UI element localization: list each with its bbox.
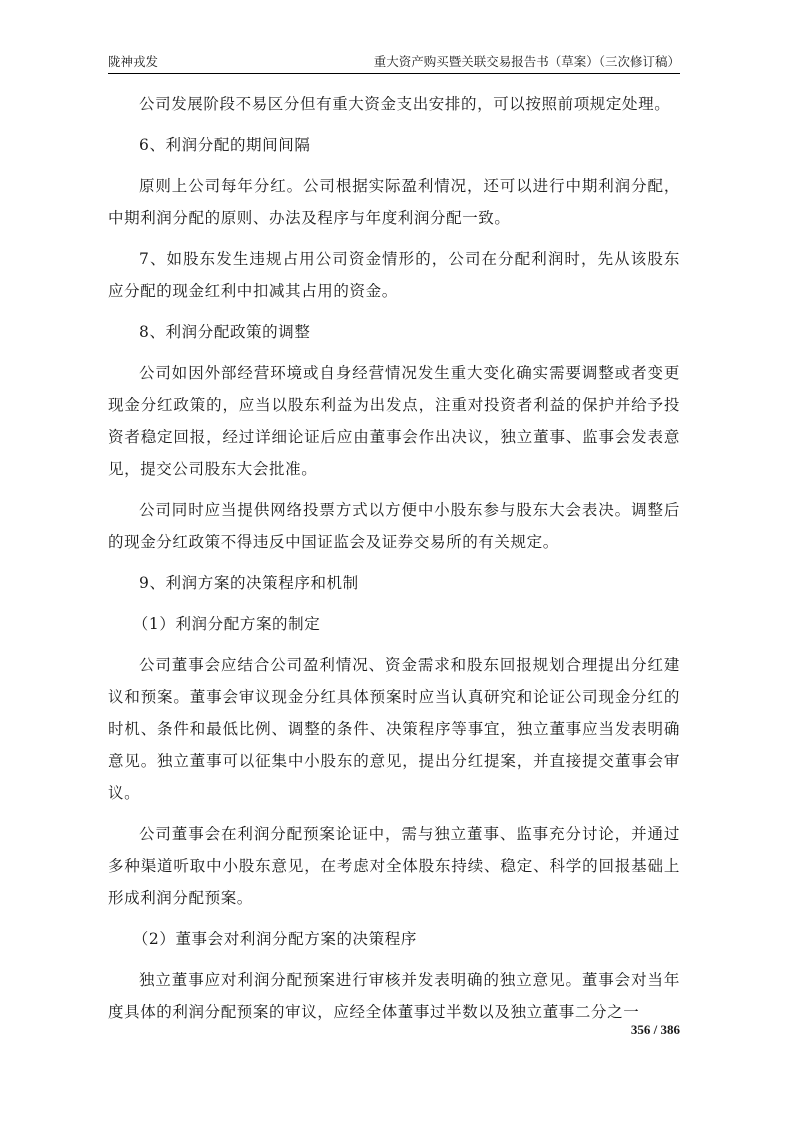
section-heading: 6、利润分配的期间间隔	[108, 129, 680, 161]
header-company-name: 陇神戎发	[108, 53, 158, 71]
subsection-heading: （1）利润分配方案的制定	[108, 608, 680, 640]
page-header: 陇神戎发 重大资产购买暨关联交易报告书（草案）（三次修订稿）	[108, 53, 680, 74]
paragraph: 公司同时应当提供网络投票方式以方便中小股东参与股东大会表决。调整后的现金分红政策…	[108, 494, 680, 558]
paragraph: 公司董事会在利润分配预案论证中，需与独立董事、监事充分讨论，并通过多种渠道听取中…	[108, 818, 680, 914]
section-heading: 8、利润分配政策的调整	[108, 316, 680, 348]
paragraph: 7、如股东发生违规占用公司资金情形的，公司在分配利润时，先从该股东应分配的现金红…	[108, 243, 680, 307]
paragraph: 公司发展阶段不易区分但有重大资金支出安排的，可以按照前项规定处理。	[108, 88, 680, 120]
paragraph: 独立董事应对利润分配预案进行审核并发表明确的独立意见。董事会对当年度具体的利润分…	[108, 964, 680, 1028]
subsection-heading: （2）董事会对利润分配方案的决策程序	[108, 923, 680, 955]
document-body: 公司发展阶段不易区分但有重大资金支出安排的，可以按照前项规定处理。 6、利润分配…	[108, 88, 680, 1037]
section-heading: 9、利润方案的决策程序和机制	[108, 567, 680, 599]
paragraph: 公司董事会应结合公司盈利情况、资金需求和股东回报规划合理提出分红建议和预案。董事…	[108, 649, 680, 809]
paragraph: 公司如因外部经营环境或自身经营情况发生重大变化确实需要调整或者变更现金分红政策的…	[108, 357, 680, 485]
page-number: 356 / 386	[628, 1022, 680, 1038]
paragraph: 原则上公司每年分红。公司根据实际盈利情况，还可以进行中期利润分配，中期利润分配的…	[108, 170, 680, 234]
header-document-title: 重大资产购买暨关联交易报告书（草案）（三次修订稿）	[374, 53, 680, 71]
